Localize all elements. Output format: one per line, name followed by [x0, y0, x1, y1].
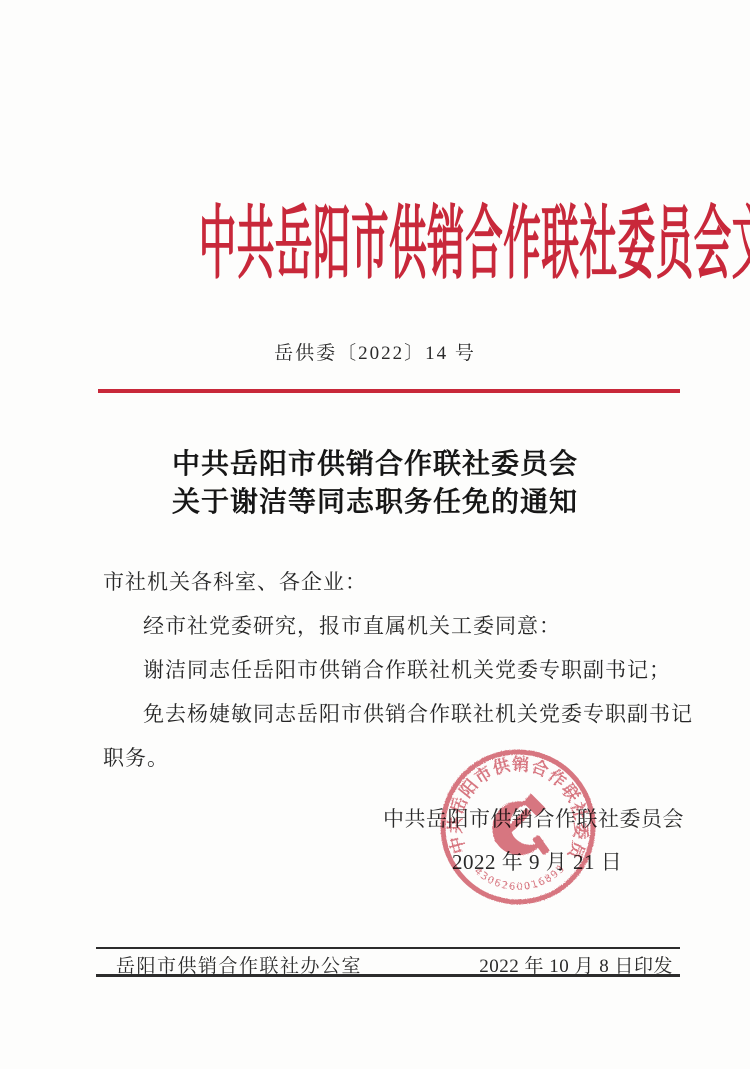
official-red-seal: 中共岳阳市供销合作联社委员会 4306260016893	[438, 747, 598, 907]
document-title-line1: 中共岳阳市供销合作联社委员会	[0, 446, 750, 484]
red-divider-line	[98, 389, 680, 393]
document-page: 中共岳阳市供销合作联社委员会文件 岳供委〔2022〕14 号 中共岳阳市供销合作…	[0, 0, 750, 1069]
document-reference-number: 岳供委〔2022〕14 号	[0, 338, 750, 365]
footer-bottom-rule	[96, 974, 680, 977]
body-paragraph-4: 职务。	[103, 742, 695, 772]
body-paragraph-2: 谢洁同志任岳阳市供销合作联社机关党委专职副书记；	[143, 654, 735, 684]
hammer-and-sickle-icon	[492, 794, 550, 856]
document-title: 中共岳阳市供销合作联社委员会 关于谢洁等同志职务任免的通知	[0, 446, 750, 522]
seal-outer-ring	[443, 752, 593, 902]
svg-text:4306260016893: 4306260016893	[472, 863, 568, 893]
seal-code-number: 4306260016893	[472, 863, 568, 893]
footer-top-rule	[96, 947, 680, 949]
document-title-line2: 关于谢洁等同志职务任免的通知	[0, 484, 750, 522]
body-paragraph-1: 经市社党委研究，报市直属机关工委同意：	[143, 610, 735, 640]
body-paragraph-3: 免去杨婕敏同志岳阳市供销合作联社机关党委专职副书记	[143, 698, 735, 728]
body-salutation: 市社机关各科室、各企业：	[103, 566, 695, 596]
red-letterhead-title: 中共岳阳市供销合作联社委员会文件	[199, 201, 552, 289]
